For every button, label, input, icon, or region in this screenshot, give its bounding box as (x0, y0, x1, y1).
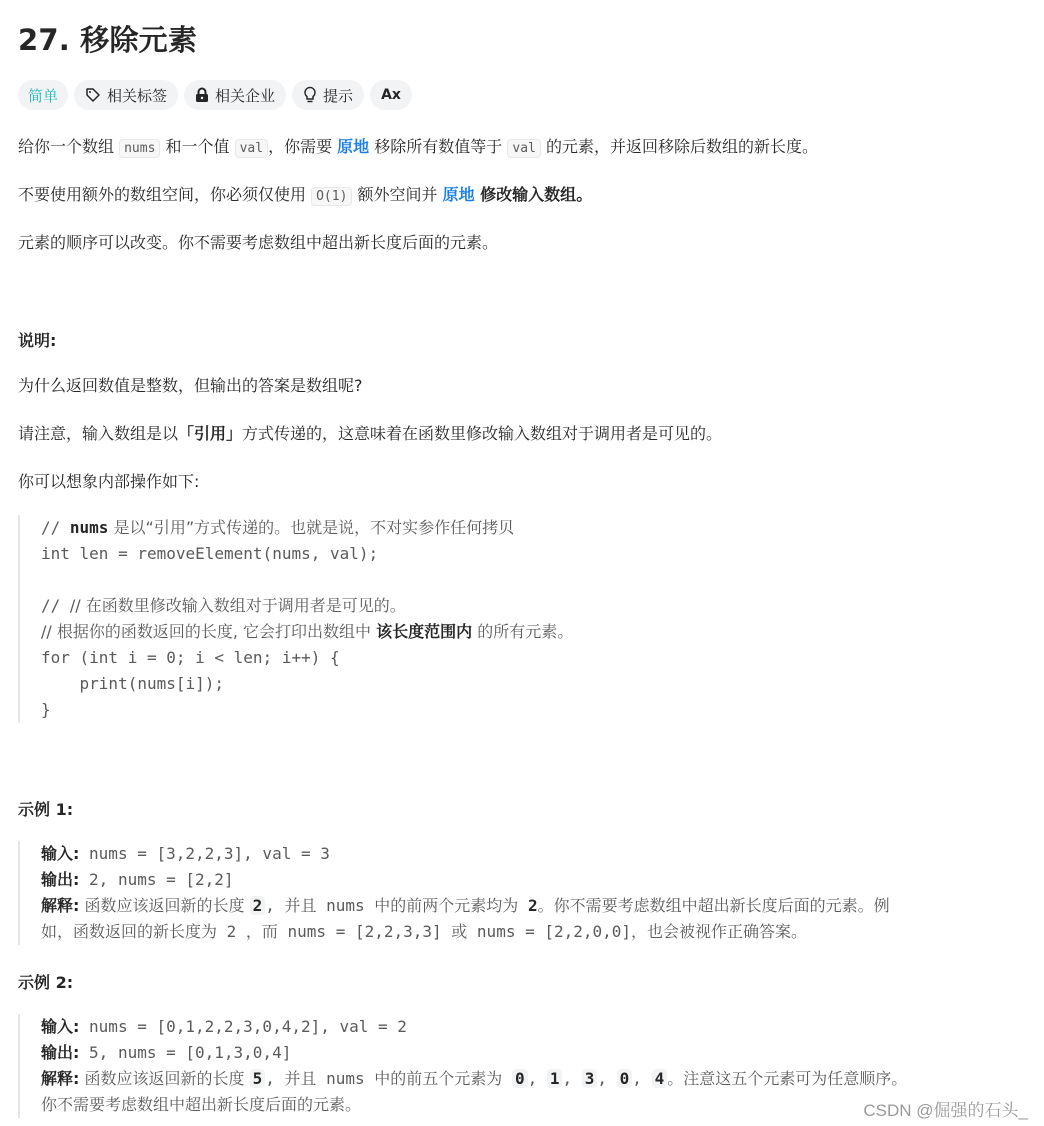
example-1-block: 输入: nums = [3,2,2,3], val = 3输出: 2, nums… (18, 841, 890, 945)
difficulty-badge[interactable]: 简单 (18, 80, 68, 110)
related-companies-button[interactable]: 相关企业 (184, 80, 286, 110)
translate-icon: Ax (381, 87, 401, 103)
highlight-link[interactable]: 原地 (443, 185, 475, 204)
lock-icon (195, 87, 209, 103)
related-tags-button[interactable]: 相关标签 (74, 80, 178, 110)
explanation-imagine: 你可以想象内部操作如下: (18, 471, 199, 493)
explanation-question: 为什么返回数值是整数，但输出的答案是数组呢? (18, 375, 363, 397)
hint-button[interactable]: 提示 (292, 80, 364, 110)
tag-icon (85, 87, 101, 103)
highlight-link[interactable]: 原地 (337, 137, 369, 156)
explanation-heading: 说明: (18, 328, 56, 351)
explanation-note: 请注意，输入数组是以「引用」方式传递的，这意味着在函数里修改输入数组对于调用者是… (18, 423, 722, 445)
description-paragraph-2: 不要使用额外的数组空间，你必须仅使用 O(1) 额外空间并 原地 修改输入数组。 (18, 184, 592, 208)
code-block: // nums 是以“引用”方式传递的。也就是说，不对实参作任何拷贝int le… (18, 515, 573, 723)
example-2-heading: 示例 2: (18, 970, 73, 993)
description-paragraph-3: 元素的顺序可以改变。你不需要考虑数组中超出新长度后面的元素。 (18, 232, 498, 254)
description-paragraph-1: 给你一个数组 nums 和一个值 val，你需要 原地 移除所有数值等于 val… (18, 136, 818, 160)
example-2-block: 输入: nums = [0,1,2,2,3,0,4,2], val = 2输出:… (18, 1014, 907, 1118)
tag-bar: 简单 相关标签 相关企业 提示 Ax (18, 80, 412, 110)
lightbulb-icon (303, 86, 317, 104)
watermark: CSDN @倔强的石头_ (863, 1096, 1028, 1121)
translate-button[interactable]: Ax (370, 80, 412, 110)
example-1-heading: 示例 1: (18, 797, 73, 820)
problem-title: 27. 移除元素 (18, 18, 197, 59)
